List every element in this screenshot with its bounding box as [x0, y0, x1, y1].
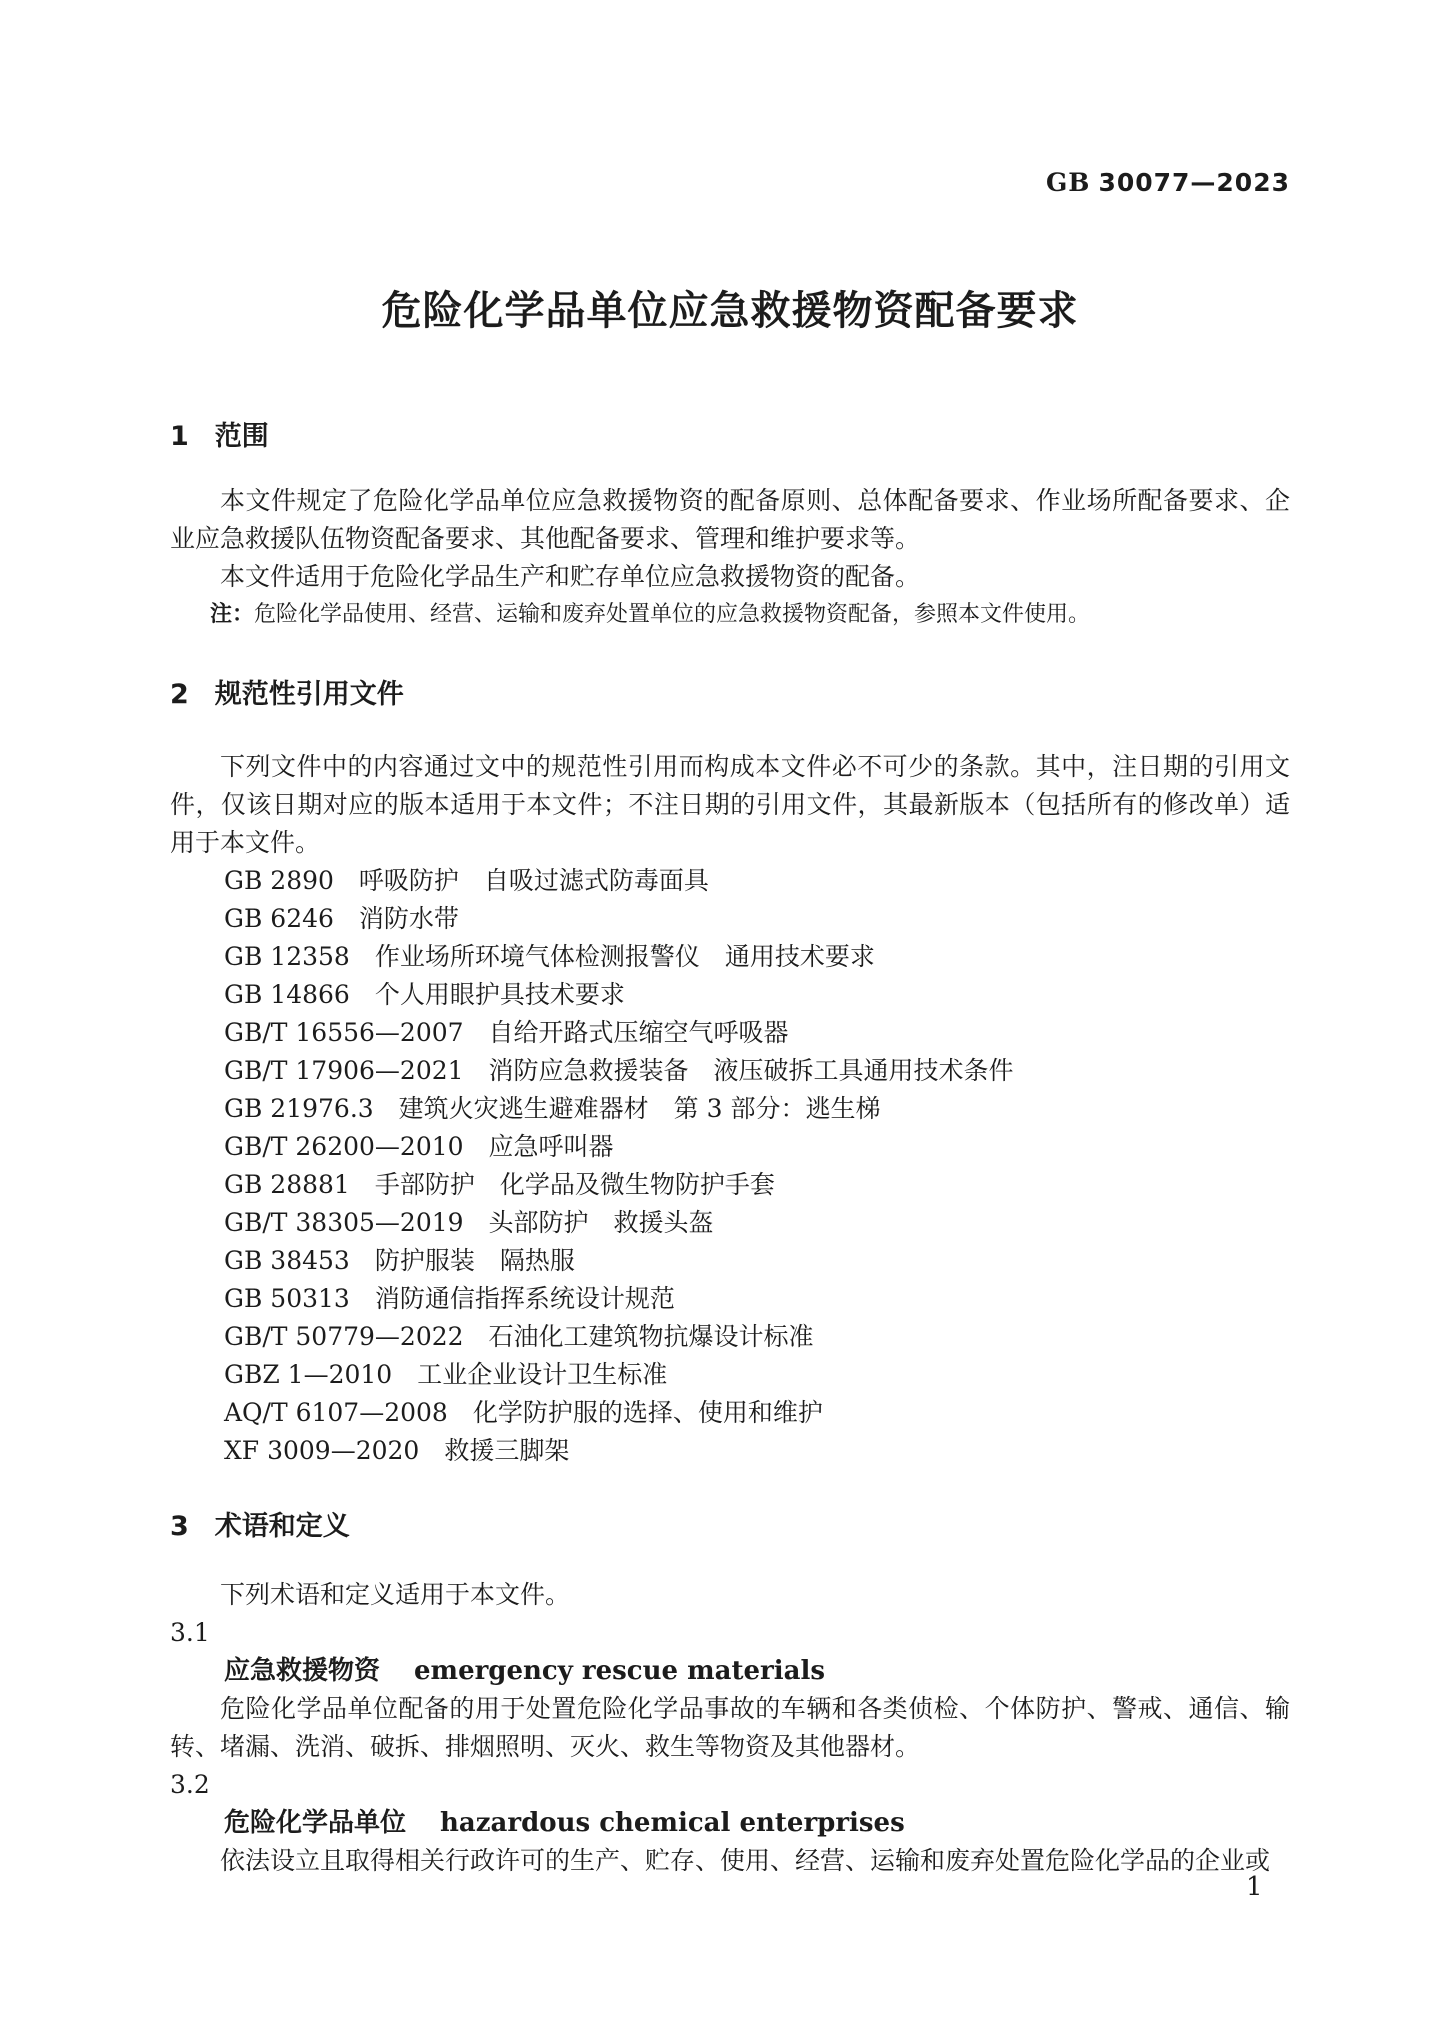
reference-item: GB 6246 消防水带 — [224, 900, 1290, 938]
reference-item: GB/T 38305—2019 头部防护 救援头盔 — [224, 1204, 1290, 1242]
reference-item: GB 38453 防护服装 隔热服 — [224, 1242, 1290, 1280]
section-scope: 1范围 本文件规定了危险化学品单位应急救援物资的配备原则、总体配备要求、作业场所… — [170, 420, 1290, 634]
document-page: GB30077—2023 危险化学品单位应急救援物资配备要求 1范围 本文件规定… — [0, 0, 1445, 2044]
scope-note-text: 危险化学品使用、经营、运输和废弃处置单位的应急救援物资配备，参照本文件使用。 — [254, 602, 1090, 627]
reference-item: GB 21976.3 建筑火灾逃生避难器材 第 3 部分：逃生梯 — [224, 1090, 1290, 1128]
standard-code-number: 30077—2023 — [1098, 168, 1290, 197]
document-title: 危险化学品单位应急救援物资配备要求 — [170, 286, 1290, 336]
section-3-title: 术语和定义 — [215, 1511, 350, 1542]
term-heading: 危险化学品单位hazardous chemical enterprises — [224, 1804, 1290, 1842]
reference-item: XF 3009—2020 救援三脚架 — [224, 1432, 1290, 1470]
scope-paragraph-1: 本文件规定了危险化学品单位应急救援物资的配备原则、总体配备要求、作业场所配备要求… — [170, 482, 1290, 558]
reference-item: GB/T 16556—2007 自给开路式压缩空气呼吸器 — [224, 1014, 1290, 1052]
term-name-zh: 应急救援物资 — [224, 1656, 380, 1686]
reference-item: GB/T 17906—2021 消防应急救援装备 液压破拆工具通用技术条件 — [224, 1052, 1290, 1090]
term-definition: 危险化学品单位配备的用于处置危险化学品事故的车辆和各类侦检、个体防护、警戒、通信… — [170, 1690, 1290, 1766]
term-definition: 依法设立且取得相关行政许可的生产、贮存、使用、经营、运输和废弃处置危险化学品的企… — [170, 1842, 1290, 1880]
section-1-heading: 1范围 — [170, 420, 1290, 454]
reference-item: GB 12358 作业场所环境气体检测报警仪 通用技术要求 — [224, 938, 1290, 976]
scope-note: 注：危险化学品使用、经营、运输和废弃处置单位的应急救援物资配备，参照本文件使用。 — [210, 596, 1290, 634]
section-terms-definitions: 3术语和定义 下列术语和定义适用于本文件。 3.1 应急救援物资emergenc… — [170, 1510, 1290, 1880]
section-2-number: 2 — [170, 679, 189, 710]
term-heading: 应急救援物资emergency rescue materials — [224, 1652, 1290, 1690]
section-1-title: 范围 — [215, 421, 269, 452]
scope-paragraph-2: 本文件适用于危险化学品生产和贮存单位应急救援物资的配备。 — [170, 558, 1290, 596]
section-1-number: 1 — [170, 421, 189, 452]
reference-item: GB 28881 手部防护 化学品及微生物防护手套 — [224, 1166, 1290, 1204]
reference-item: GB 2890 呼吸防护 自吸过滤式防毒面具 — [224, 862, 1290, 900]
section-2-title: 规范性引用文件 — [215, 679, 404, 710]
section-3-heading: 3术语和定义 — [170, 1510, 1290, 1544]
reference-item: GB/T 26200—2010 应急呼叫器 — [224, 1128, 1290, 1166]
term-entry-3-2: 3.2 危险化学品单位hazardous chemical enterprise… — [170, 1766, 1290, 1880]
standard-code-prefix: GB — [1046, 168, 1090, 197]
page-number: 1 — [1246, 1872, 1263, 1902]
terms-intro: 下列术语和定义适用于本文件。 — [170, 1576, 1290, 1614]
reference-list: GB 2890 呼吸防护 自吸过滤式防毒面具 GB 6246 消防水带 GB 1… — [224, 862, 1290, 1470]
term-name-en: hazardous chemical enterprises — [440, 1808, 905, 1838]
term-name-zh: 危险化学品单位 — [224, 1808, 406, 1838]
term-id: 3.2 — [170, 1766, 1290, 1804]
section-3-number: 3 — [170, 1511, 189, 1542]
reference-item: GB 50313 消防通信指挥系统设计规范 — [224, 1280, 1290, 1318]
section-2-heading: 2规范性引用文件 — [170, 678, 1290, 712]
reference-item: GB 14866 个人用眼护具技术要求 — [224, 976, 1290, 1014]
standard-code: GB30077—2023 — [170, 170, 1290, 196]
reference-item: AQ/T 6107—2008 化学防护服的选择、使用和维护 — [224, 1394, 1290, 1432]
term-entry-3-1: 3.1 应急救援物资emergency rescue materials 危险化… — [170, 1614, 1290, 1766]
scope-note-label: 注： — [210, 602, 254, 627]
reference-item: GBZ 1—2010 工业企业设计卫生标准 — [224, 1356, 1290, 1394]
term-id: 3.1 — [170, 1614, 1290, 1652]
term-name-en: emergency rescue materials — [414, 1656, 825, 1686]
references-intro: 下列文件中的内容通过文中的规范性引用而构成本文件必不可少的条款。其中，注日期的引… — [170, 748, 1290, 862]
reference-item: GB/T 50779—2022 石油化工建筑物抗爆设计标准 — [224, 1318, 1290, 1356]
section-normative-references: 2规范性引用文件 下列文件中的内容通过文中的规范性引用而构成本文件必不可少的条款… — [170, 678, 1290, 1470]
